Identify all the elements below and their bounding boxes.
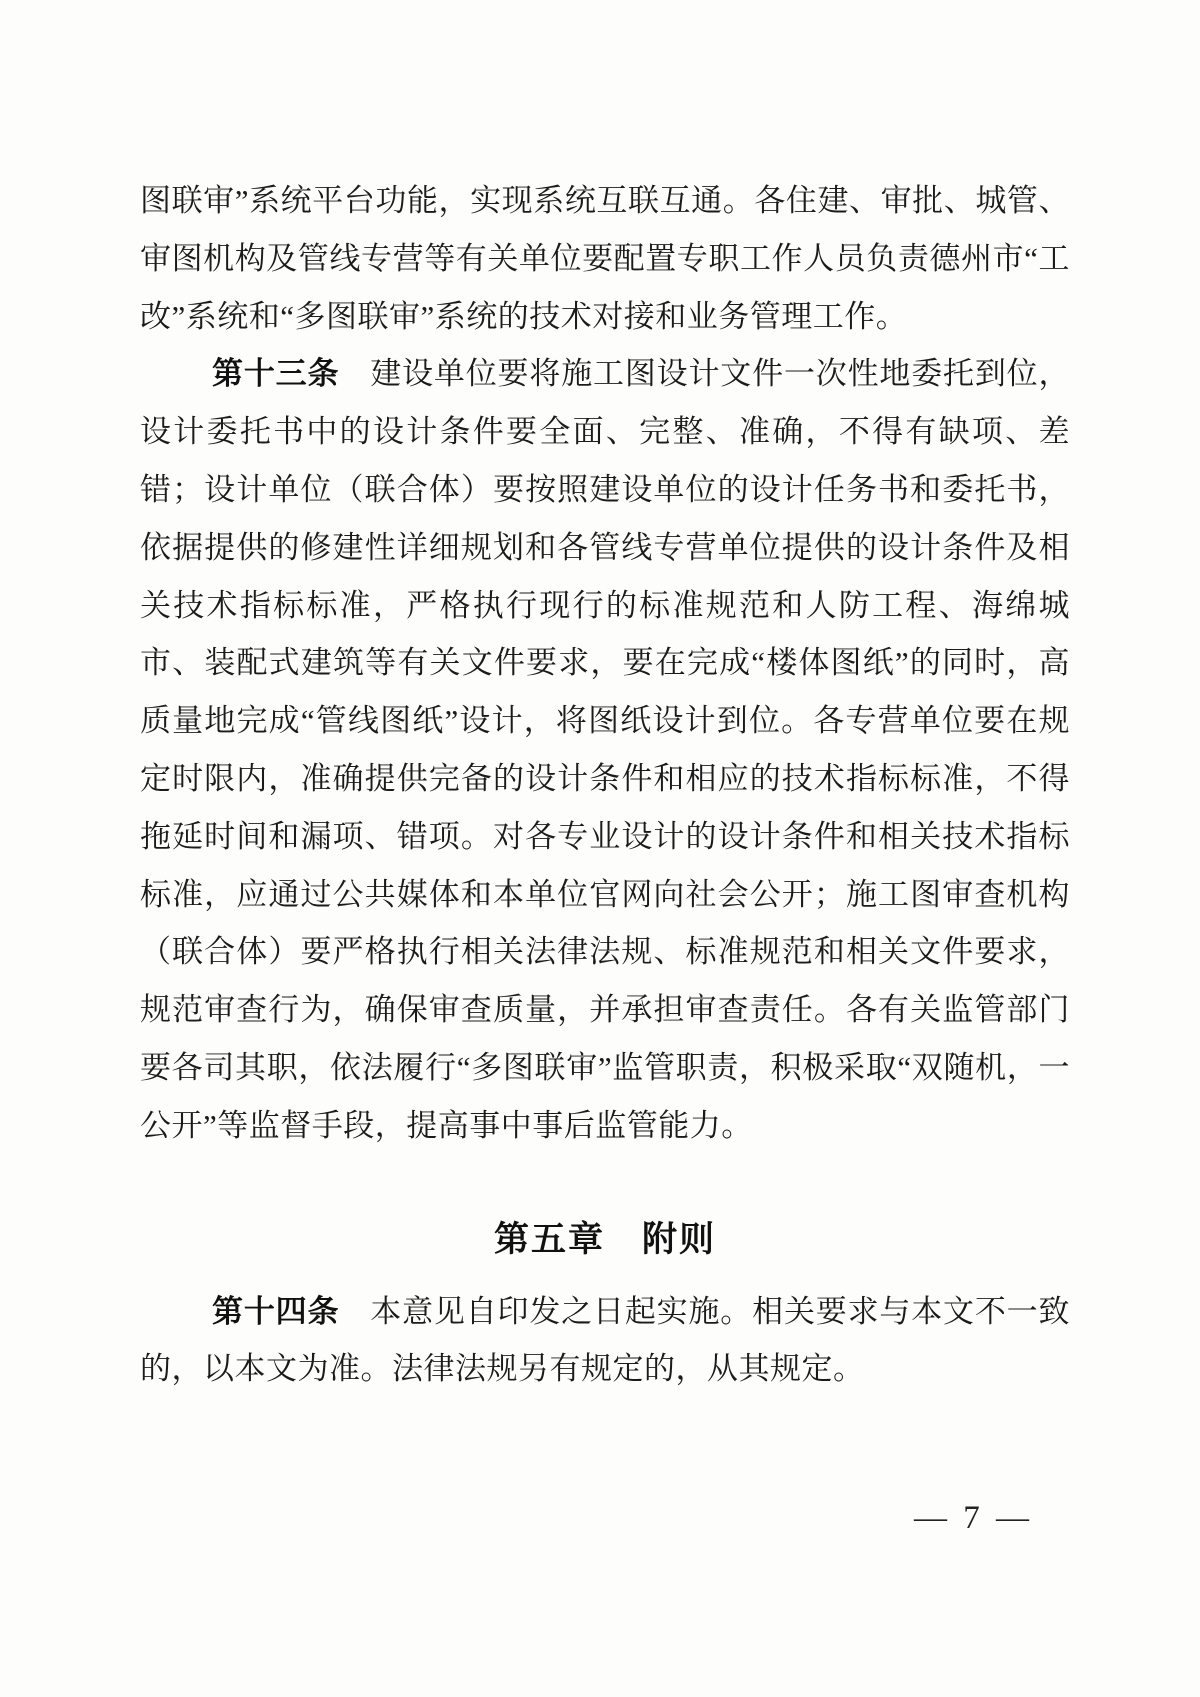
article-13-text: 建设单位要将施工图设计文件一次性地委托到位，设计委托书中的设计条件要全面、完整、… [140, 356, 1070, 1142]
document-page: 图联审”系统平台功能，实现系统互联互通。各住建、审批、城管、审图机构及管线专营等… [0, 0, 1200, 1697]
article-14-paragraph: 第十四条本意见自印发之日起实施。相关要求与本文不一致的，以本文为准。法律法规另有… [140, 1283, 1070, 1399]
article-13-paragraph: 第十三条建设单位要将施工图设计文件一次性地委托到位，设计委托书中的设计条件要全面… [140, 345, 1070, 1154]
paragraph-continuation: 图联审”系统平台功能，实现系统互联互通。各住建、审批、城管、审图机构及管线专营等… [140, 172, 1070, 345]
chapter-heading: 第五章 附则 [140, 1211, 1070, 1269]
article-13-label: 第十三条 [212, 356, 339, 391]
page-number: — 7 — [914, 1500, 1033, 1537]
article-14-label: 第十四条 [212, 1294, 339, 1329]
page-body: 图联审”系统平台功能，实现系统互联互通。各住建、审批、城管、审图机构及管线专营等… [140, 172, 1070, 1398]
